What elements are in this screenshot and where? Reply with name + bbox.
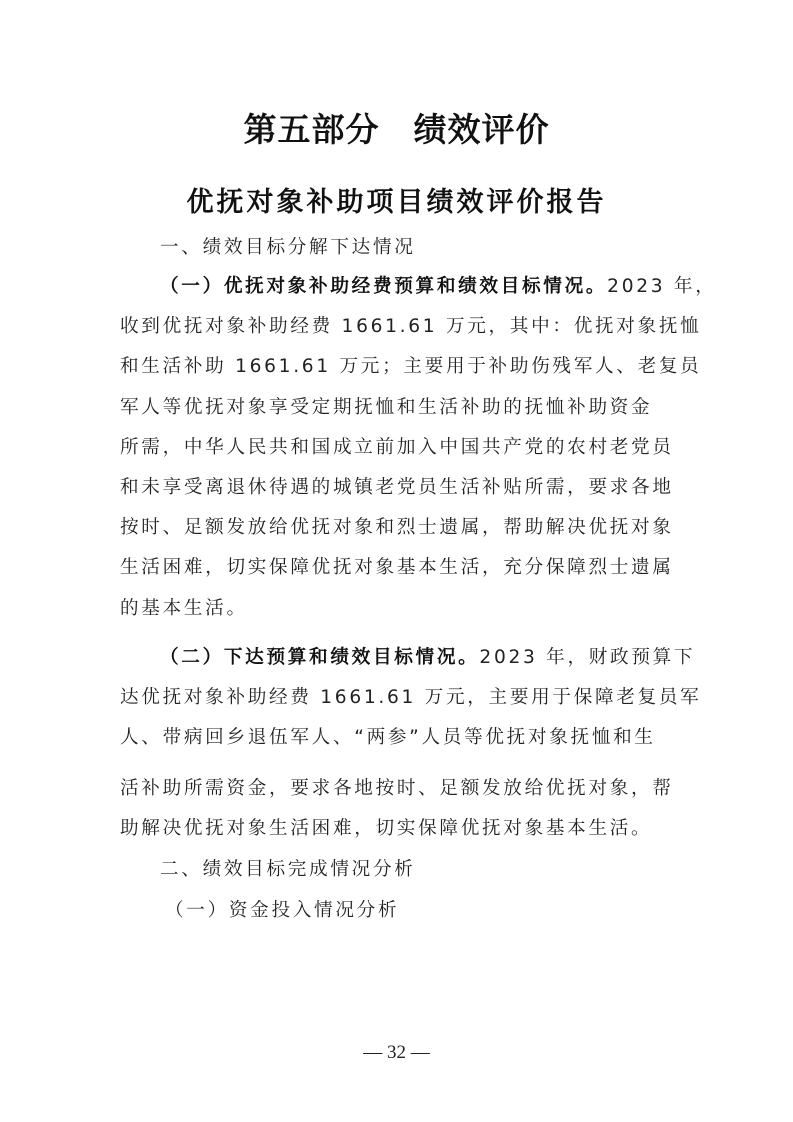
sub2-line-3: 活补助所需资金，要求各地按时、足额发放给优抚对象，帮 [120, 774, 680, 800]
sub2-line-4: 助解决优抚对象生活困难，切实保障优抚对象基本生活。 [120, 814, 680, 840]
report-title: 优抚对象补助项目绩效评价报告 [0, 180, 793, 219]
page-number: — 32 — [0, 1042, 793, 1064]
sub2-line-2: 人、带病回乡退伍军人、“两参”人员等优抚对象抚恤和生 [120, 723, 680, 749]
paragraph-line: （二）下达预算和绩效目标情况。2023 年，财政预算下 [160, 643, 720, 669]
part-title: 第五部分 绩效评价 [0, 104, 793, 151]
sub1-line-8: 的基本生活。 [120, 594, 680, 620]
sub2-bold-lead: （二）下达预算和绩效目标情况。 [160, 647, 479, 668]
section1-heading: 一、绩效目标分解下达情况 [160, 233, 720, 259]
sub1-line-7: 生活困难，切实保障优抚对象基本生活，充分保障烈士遗属 [120, 553, 680, 579]
sub1-bold-lead: （一）优抚对象补助经费预算和绩效目标情况。 [160, 276, 607, 297]
sub2-line-0: 2023 年，财政预算下 [479, 647, 695, 668]
sub1-line-4: 所需，中华人民共和国成立前加入中国共产党的农村老党员 [120, 433, 680, 459]
sub1-line-3: 军人等优抚对象享受定期抚恤和生活补助的抚恤补助资金 [120, 393, 680, 419]
sub1-line-5: 和未享受离退休待遇的城镇老党员生活补贴所需，要求各地 [120, 473, 680, 499]
section2-sub1-heading: （一）资金投入情况分析 [165, 896, 725, 922]
sub1-line-2: 和生活补助 1661.61 万元；主要用于补助伤残军人、老复员 [120, 352, 680, 378]
document-page: 第五部分 绩效评价 优抚对象补助项目绩效评价报告 一、绩效目标分解下达情况 （一… [0, 0, 793, 1122]
section2-heading: 二、绩效目标完成情况分析 [160, 855, 720, 881]
sub1-line-1: 收到优抚对象补助经费 1661.61 万元，其中：优抚对象抚恤 [120, 312, 680, 338]
sub1-line-0: 2023 年， [607, 276, 716, 297]
paragraph-line: （一）优抚对象补助经费预算和绩效目标情况。2023 年， [160, 272, 720, 298]
sub1-line-6: 按时、足额发放给优抚对象和烈士遗属，帮助解决优抚对象 [120, 513, 680, 539]
sub2-line-1: 达优抚对象补助经费 1661.61 万元，主要用于保障老复员军 [120, 683, 680, 709]
